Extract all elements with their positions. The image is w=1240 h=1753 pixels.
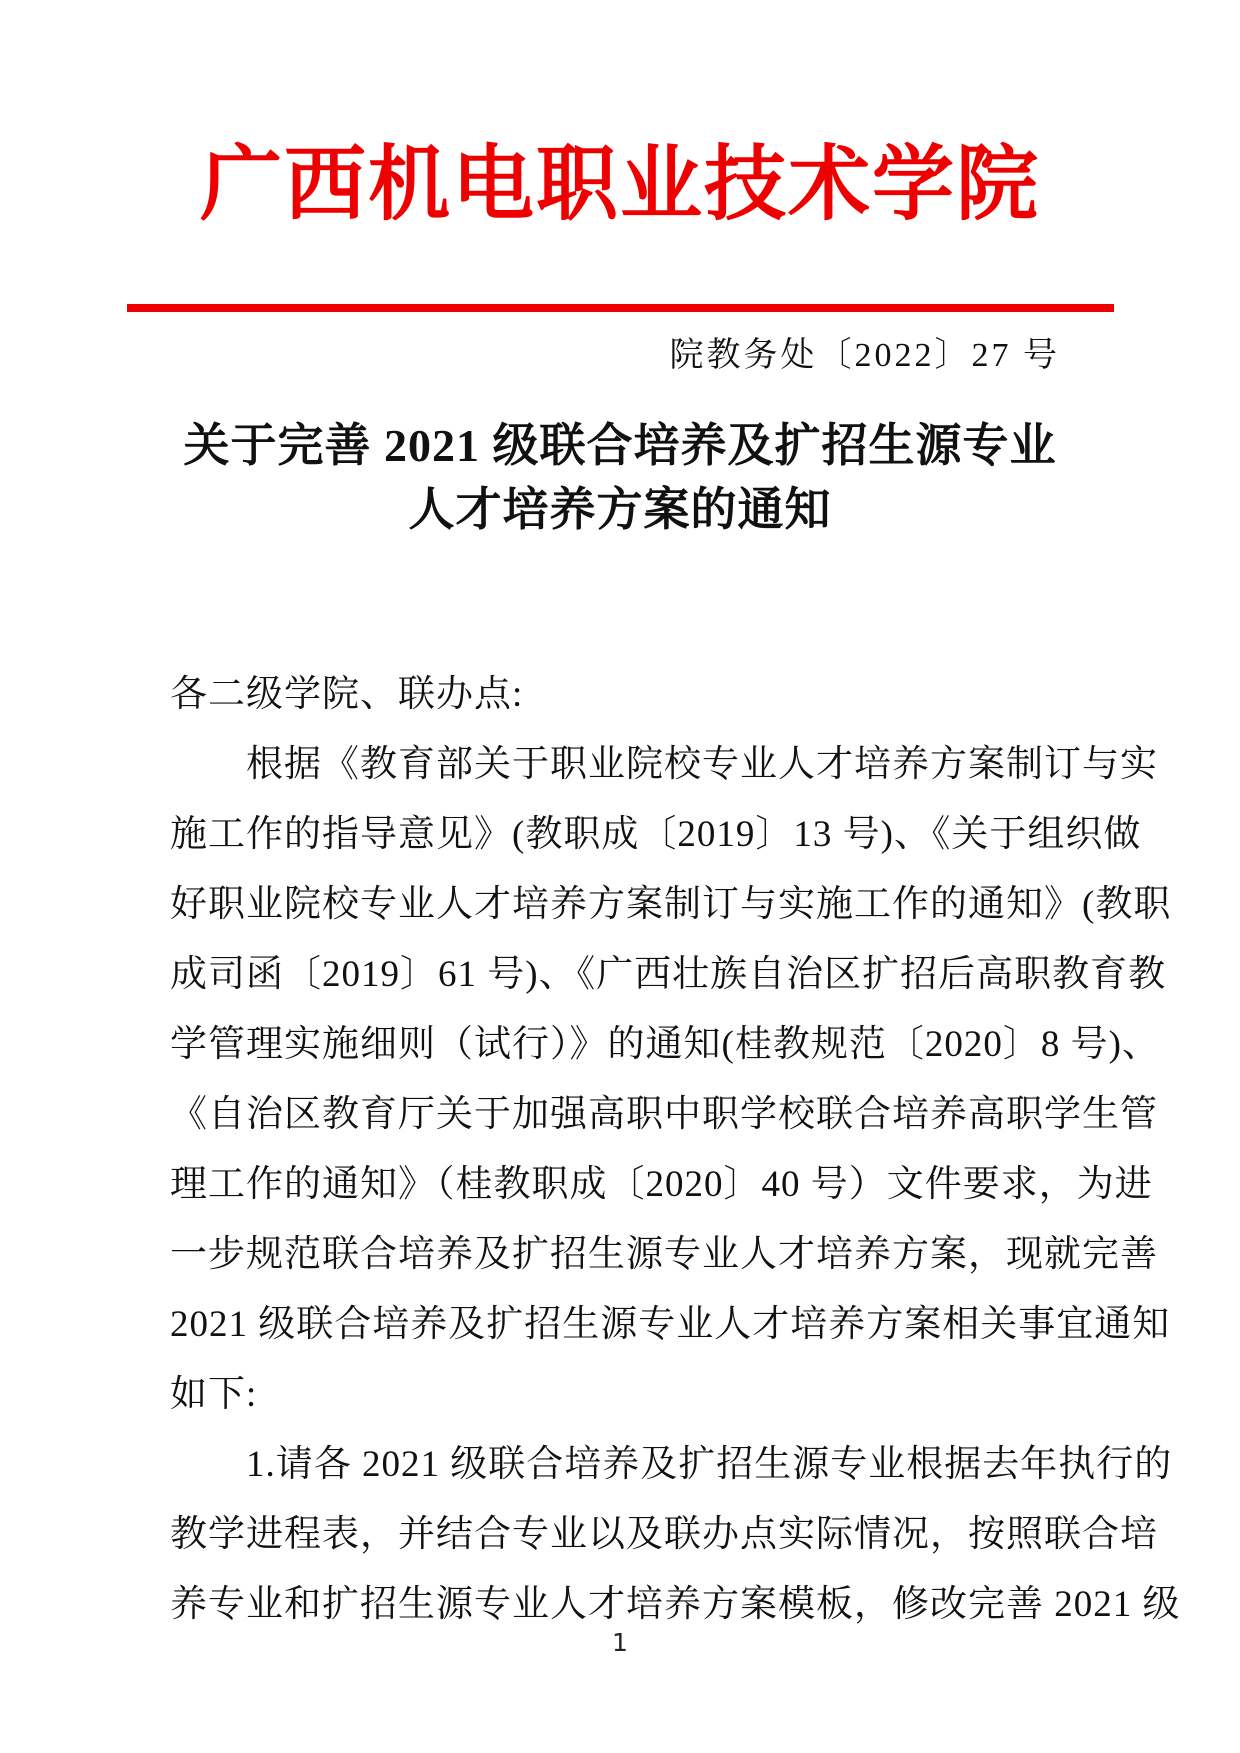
- masthead-rule: [127, 304, 1114, 312]
- document-page: 广西机电职业技术学院 院教务处〔2022〕27 号 关于完善 2021 级联合培…: [0, 0, 1240, 1753]
- body-line: 施工作的指导意见》(教职成〔2019〕13 号)、《关于组织做: [170, 800, 1060, 870]
- body-line: 一步规范联合培养及扩招生源专业人才培养方案，现就完善: [170, 1220, 1060, 1290]
- document-title: 关于完善 2021 级联合培养及扩招生源专业 人才培养方案的通知: [0, 414, 1240, 542]
- body-line: 2021 级联合培养及扩招生源专业人才培养方案相关事宜通知: [170, 1290, 1060, 1360]
- body-line: 学管理实施细则（试行）》的通知(桂教规范〔2020〕8 号)、: [170, 1010, 1060, 1080]
- body-line-item-1: 1.请各 2021 级联合培养及扩招生源专业根据去年执行的: [170, 1430, 1060, 1500]
- body-line: 根据《教育部关于职业院校专业人才培养方案制订与实: [170, 730, 1060, 800]
- title-line-2: 人才培养方案的通知: [0, 478, 1240, 542]
- doc-number: 院教务处〔2022〕27 号: [0, 334, 1060, 378]
- title-line-1: 关于完善 2021 级联合培养及扩招生源专业: [0, 414, 1240, 478]
- masthead-title: 广西机电职业技术学院: [0, 138, 1240, 232]
- body-line: 理工作的通知》（桂教职成〔2020〕40 号）文件要求，为进: [170, 1150, 1060, 1220]
- body-line: 教学进程表，并结合专业以及联办点实际情况，按照联合培: [170, 1500, 1060, 1570]
- body-line: 成司函〔2019〕61 号)、《广西壮族自治区扩招后高职教育教: [170, 940, 1060, 1010]
- body-line: 好职业院校专业人才培养方案制订与实施工作的通知》(教职: [170, 870, 1060, 940]
- document-body: 各二级学院、联办点: 根据《教育部关于职业院校专业人才培养方案制订与实 施工作的…: [170, 660, 1060, 1640]
- body-line: 如下:: [170, 1360, 1060, 1430]
- page-number: 1: [0, 1628, 1240, 1657]
- body-line: 《自治区教育厅关于加强高职中职学校联合培养高职学生管: [170, 1080, 1060, 1150]
- body-line-salutation: 各二级学院、联办点:: [170, 660, 1060, 730]
